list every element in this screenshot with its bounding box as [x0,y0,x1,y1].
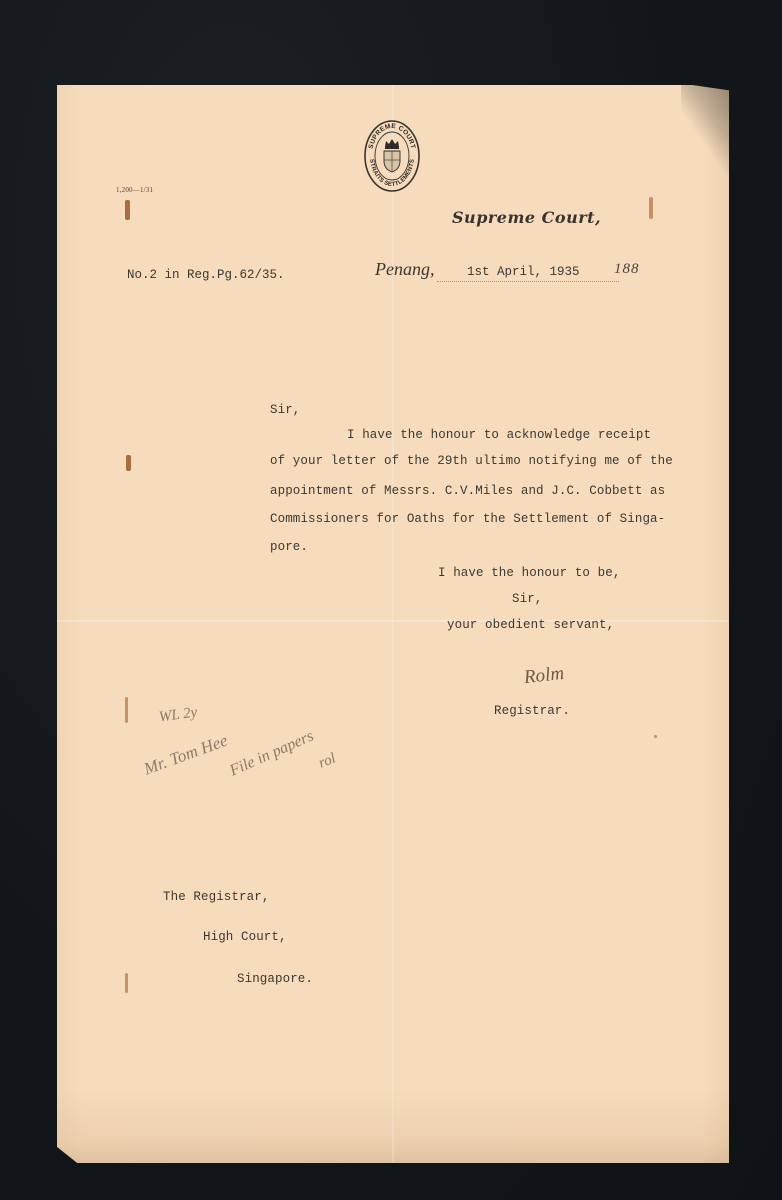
letter-date: 1st April, 1935 [467,265,580,279]
rust-mark [126,455,131,471]
handwritten-year-suffix: 188 [614,261,640,278]
body-line-3: appointment of Messrs. C.V.Miles and J.C… [270,484,665,498]
signatory-title: Registrar. [494,704,570,718]
court-heading: Supreme Court, [452,208,601,227]
addressee-line-3: Singapore. [237,972,313,986]
annotation-line-2: Mr. Tom Hee [141,731,230,780]
rust-mark [125,697,128,723]
body-line-2: of your letter of the 29th ultimo notify… [270,454,673,468]
paper-fold-vertical [392,85,395,1163]
annotation-line-3: File in papers [227,728,316,781]
closing-line-2: Sir, [512,592,542,606]
closing-line-3: your obedient servant, [447,618,614,632]
body-line-4: Commissioners for Oaths for the Settleme… [270,512,665,526]
register-reference: No.2 in Reg.Pg.62/35. [127,268,285,282]
supreme-court-seal-icon: SUPREME COURT STRAITS SETTLEMENTS [364,120,420,192]
rust-mark [125,200,130,220]
date-dotted-line [437,281,619,282]
addressee-line-2: High Court, [203,930,287,944]
salutation: Sir, [270,403,300,417]
annotation-line-1: WL 2y [158,704,198,726]
body-line-1: I have the honour to acknowledge receipt [347,428,651,442]
closing-line-1: I have the honour to be, [438,566,620,580]
addressee-line-1: The Registrar, [163,890,269,904]
paper-speck [654,735,657,738]
print-code: 1,200—1/31 [116,186,153,194]
place-name: Penang, [375,259,434,280]
rust-mark [649,197,653,219]
corner-stain [681,85,729,175]
body-line-5: pore. [270,540,308,554]
annotation-line-4: rol [316,750,338,772]
letter-page: SUPREME COURT STRAITS SETTLEMENTS 1,200—… [57,85,729,1163]
rust-mark [125,973,128,993]
registrar-signature: Rolm [523,663,565,689]
